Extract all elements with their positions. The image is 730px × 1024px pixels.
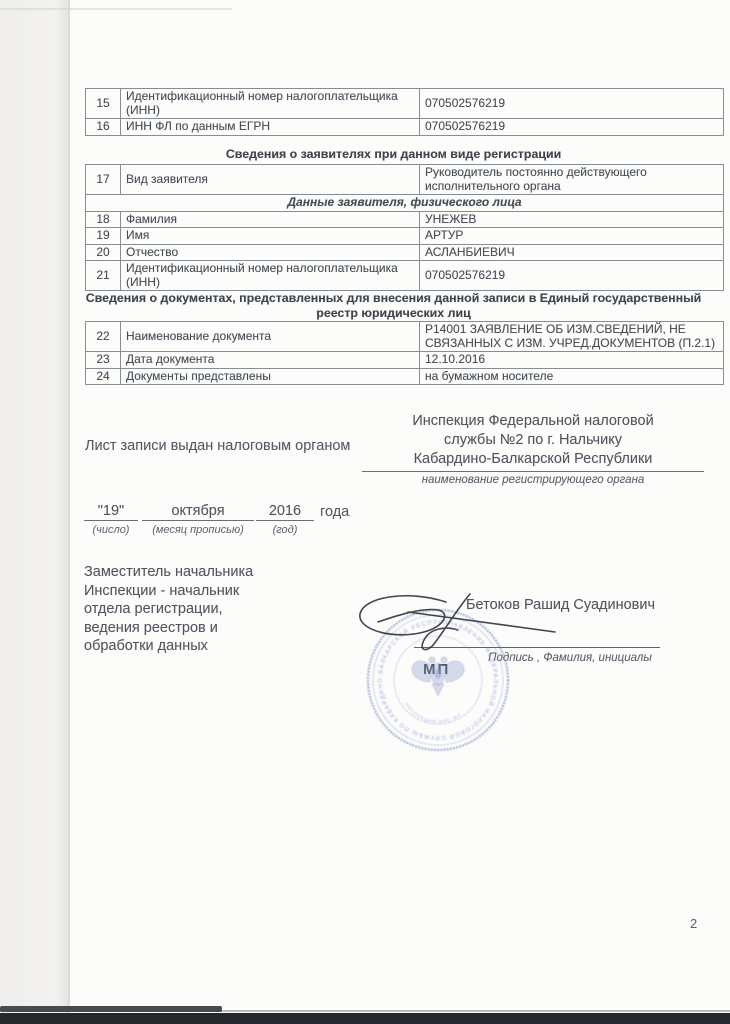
scanner-background-strip [0,0,70,1024]
date-month: октября [142,503,254,521]
official-title-line: ведения реестров и [84,619,304,638]
applicants-section-title: Сведения о заявителях при данном виде ре… [85,147,702,162]
row-value: 070502576219 [420,89,724,119]
row-value: АРТУР [420,228,724,245]
row-number: 22 [86,322,121,352]
official-title-line: обработки данных [84,637,304,656]
row-label: Документы представлены [121,368,420,385]
row-value: АСЛАНБИЕВИЧ [420,244,724,261]
date-year-suffix: года [320,504,349,520]
table-row: 22 Наименование документа Р14001 ЗАЯВЛЕН… [86,322,724,352]
applicant-data-subheader: Данные заявителя, физического лица [86,195,724,212]
row-label: Идентификационный номер налогоплательщик… [121,89,420,119]
issued-by-label: Лист записи выдан налоговым органом [85,438,350,454]
row-label: Фамилия [121,211,420,228]
stamp-eagle-emblem [412,657,464,696]
row-number: 24 [86,368,121,385]
date-day-caption: (число) [84,524,138,536]
table-row: 17 Вид заявителя Руководитель постоянно … [86,165,724,195]
row-label: Отчество [121,244,420,261]
authority-caption: наименование регистрирующего органа [362,474,704,486]
date-day: "19" [84,503,138,521]
row-value: Р14001 ЗАЯВЛЕНИЕ ОБ ИЗМ.СВЕДЕНИЙ, НЕ СВЯ… [420,322,724,352]
authority-line: Кабардино-Балкарской Республики [362,450,704,469]
row-value: на бумажном носителе [420,368,724,385]
inn-table: 15 Идентификационный номер налогоплатель… [85,88,724,136]
row-number: 20 [86,244,121,261]
registering-authority-name: Инспекция Федеральной налоговой службы №… [362,412,704,472]
documents-section-title: Сведения о документах, представленных дл… [85,291,702,320]
row-number: 17 [86,165,121,195]
page-number: 2 [690,916,697,931]
scan-bottom-edge [0,1013,730,1024]
row-label: Имя [121,228,420,245]
row-value: Руководитель постоянно действующего испо… [420,165,724,195]
row-number: 18 [86,211,121,228]
page-top-edge-shadow [0,8,232,10]
row-number: 23 [86,352,121,369]
table-row: 15 Идентификационный номер налогоплатель… [86,89,724,119]
row-label: Наименование документа [121,322,420,352]
svg-text:ИНСПЕКЦИЯ ФНС №2: ИНСПЕКЦИЯ ФНС №2 [404,702,462,724]
table-subheader-row: Данные заявителя, физического лица [86,195,724,212]
applicants-table: 17 Вид заявителя Руководитель постоянно … [85,164,724,291]
row-number: 16 [86,119,121,136]
official-title-line: Заместитель начальника [84,563,304,582]
row-number: 15 [86,89,121,119]
official-title-line: отдела регистрации, [84,600,304,619]
table-row: 19 Имя АРТУР [86,228,724,245]
official-title-line: Инспекции - начальник [84,582,304,601]
row-value: 070502576219 [420,261,724,291]
date-month-caption: (месяц прописью) [142,524,254,536]
authority-line: службы №2 по г. Нальчику [362,431,704,450]
table-row: 23 Дата документа 12.10.2016 [86,352,724,369]
row-label: Вид заявителя [121,165,420,195]
handwritten-signature [350,588,565,660]
row-label: Дата документа [121,352,420,369]
authority-line: Инспекция Федеральной налоговой [362,412,704,431]
scan-bottom-left-shadow [0,1006,222,1012]
table-row: 24 Документы представлены на бумажном но… [86,368,724,385]
table-row: 21 Идентификационный номер налогоплатель… [86,261,724,291]
row-label: Идентификационный номер налогоплательщик… [121,261,420,291]
row-value: 070502576219 [420,119,724,136]
row-number: 19 [86,228,121,245]
date-year-caption: (год) [256,524,314,536]
date-year: 2016 [256,503,314,521]
row-number: 21 [86,261,121,291]
row-label: ИНН ФЛ по данным ЕГРН [121,119,420,136]
row-value: УНЕЖЕВ [420,211,724,228]
official-title: Заместитель начальника Инспекции - начал… [84,563,304,656]
table-row: 20 Отчество АСЛАНБИЕВИЧ [86,244,724,261]
row-value: 12.10.2016 [420,352,724,369]
table-row: 18 Фамилия УНЕЖЕВ [86,211,724,228]
stamp-inner-text: ИНСПЕКЦИЯ ФНС №2 [404,702,462,724]
table-row: 16 ИНН ФЛ по данным ЕГРН 070502576219 [86,119,724,136]
documents-table: 22 Наименование документа Р14001 ЗАЯВЛЕН… [85,321,724,385]
